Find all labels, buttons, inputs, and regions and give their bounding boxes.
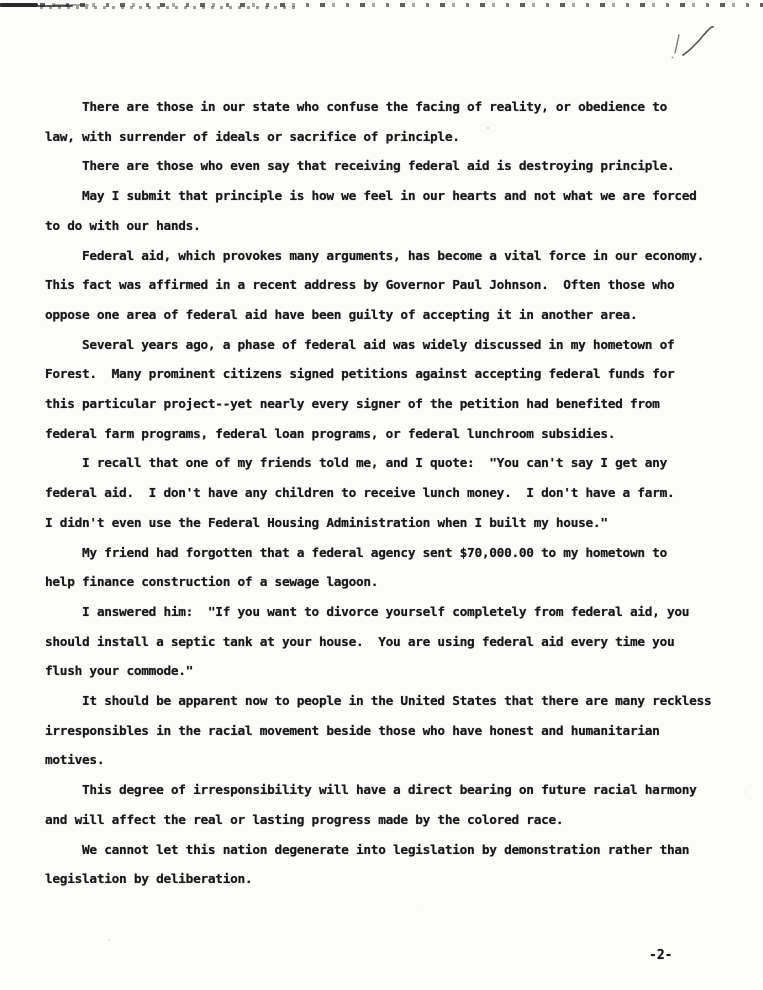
paragraph: There are those in our state who confuse…: [45, 93, 757, 152]
text-line: May I submit that principle is how we fe…: [45, 182, 757, 212]
text-line: federal aid. I don't have any children t…: [45, 479, 757, 509]
typewritten-text: There are those in our state who confuse…: [45, 93, 757, 895]
text-line: Forest. Many prominent citizens signed p…: [45, 360, 757, 390]
text-line: My friend had forgotten that a federal a…: [45, 539, 757, 569]
text-line: legislation by deliberation.: [45, 865, 757, 895]
scan-corner-mark: [0, 3, 38, 7]
text-line: I answered him: "If you want to divorce …: [45, 598, 757, 628]
paragraph: My friend had forgotten that a federal a…: [45, 539, 757, 598]
text-line: This fact was affirmed in a recent addre…: [45, 271, 757, 301]
text-line: motives.: [45, 746, 757, 776]
paragraph: This degree of irresponsibility will hav…: [45, 776, 757, 835]
text-line: Federal aid, which provokes many argumen…: [45, 242, 757, 272]
text-line: flush your commode.": [45, 657, 757, 687]
scan-speckles: [0, 0, 2, 2]
page-number: -2-: [649, 948, 672, 963]
text-line: irresponsibles in the racial movement be…: [45, 717, 757, 747]
paragraph: I recall that one of my friends told me,…: [45, 449, 757, 538]
paragraph: We cannot let this nation degenerate int…: [45, 836, 757, 895]
text-line: oppose one area of federal aid have been…: [45, 301, 757, 331]
paragraph: Several years ago, a phase of federal ai…: [45, 331, 757, 450]
document-page: There are those in our state who confuse…: [0, 0, 763, 990]
paragraph: May I submit that principle is how we fe…: [45, 182, 757, 241]
pen-stroke-marks-icon: [658, 20, 720, 62]
text-line: Several years ago, a phase of federal ai…: [45, 331, 757, 361]
text-line: I recall that one of my friends told me,…: [45, 449, 757, 479]
text-line: and will affect the real or lasting prog…: [45, 806, 757, 836]
text-line: This degree of irresponsibility will hav…: [45, 776, 757, 806]
text-line: I didn't even use the Federal Housing Ad…: [45, 509, 757, 539]
text-line: law, with surrender of ideals or sacrifi…: [45, 123, 757, 153]
scan-edge-artifact-secondary: [40, 6, 300, 9]
text-line: should install a septic tank at your hou…: [45, 628, 757, 658]
paragraph: Federal aid, which provokes many argumen…: [45, 242, 757, 331]
paragraph: There are those who even say that receiv…: [45, 152, 757, 182]
paragraph: I answered him: "If you want to divorce …: [45, 598, 757, 687]
text-line: There are those in our state who confuse…: [45, 93, 757, 123]
text-line: We cannot let this nation degenerate int…: [45, 836, 757, 866]
text-line: this particular project--yet nearly ever…: [45, 390, 757, 420]
text-line: It should be apparent now to people in t…: [45, 687, 757, 717]
text-line: to do with our hands.: [45, 212, 757, 242]
paragraph: It should be apparent now to people in t…: [45, 687, 757, 776]
text-line: There are those who even say that receiv…: [45, 152, 757, 182]
text-line: federal farm programs, federal loan prog…: [45, 420, 757, 450]
text-line: help finance construction of a sewage la…: [45, 568, 757, 598]
